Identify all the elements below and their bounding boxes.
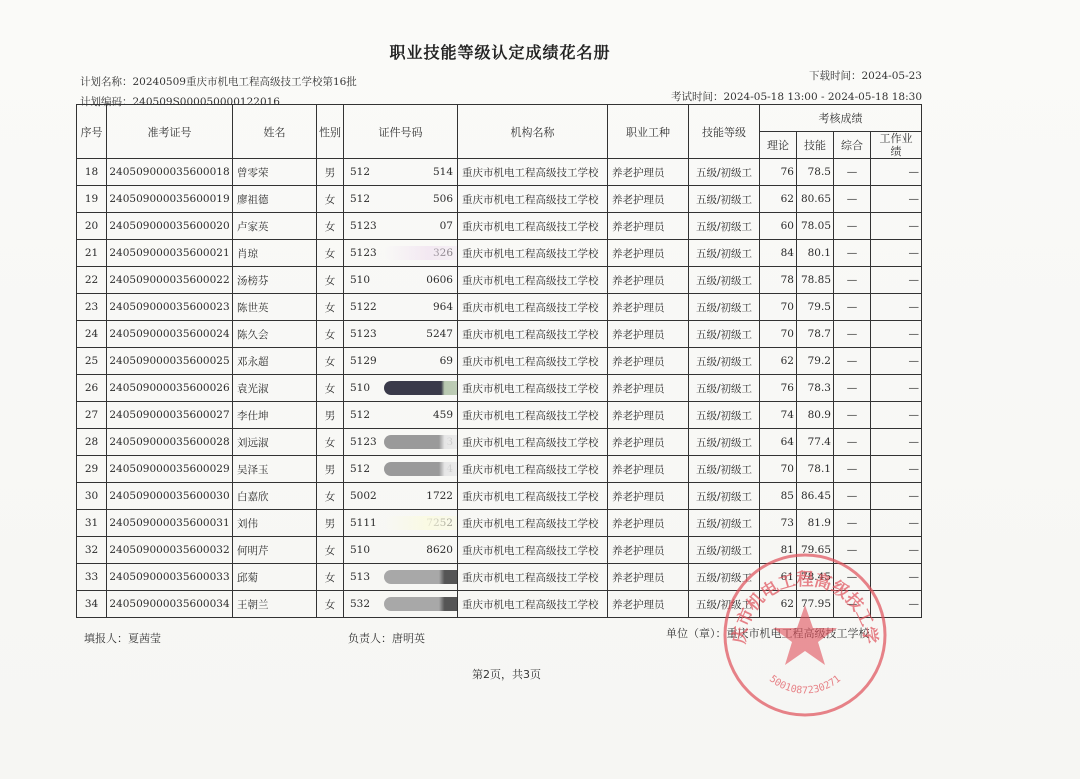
row-gender: 女 xyxy=(317,348,344,375)
row-occupation: 养老护理员 xyxy=(608,348,689,375)
row-skill: 78.3 xyxy=(797,375,834,402)
row-id-number: 5100606 xyxy=(344,267,458,294)
row-gender: 男 xyxy=(317,456,344,483)
row-work: — xyxy=(871,321,922,348)
row-id-number: 5123326 xyxy=(344,240,458,267)
responsible-value: 唐明英 xyxy=(392,632,425,645)
row-id-number: 50021722 xyxy=(344,483,458,510)
row-level: 五级/初级工 xyxy=(689,240,760,267)
table-row: 23240509000035600023陈世英女5122964重庆市机电工程高级… xyxy=(77,294,922,321)
row-name: 李仕坤 xyxy=(233,402,317,429)
unit-seal-line: 单位（章）：重庆市机电工程高级技工学校 xyxy=(666,625,870,641)
id-prefix: 510 xyxy=(350,274,370,286)
row-skill: 80.1 xyxy=(797,240,834,267)
table-row: 27240509000035600027李仕坤男512459重庆市机电工程高级技… xyxy=(77,402,922,429)
row-seq: 33 xyxy=(77,564,107,591)
row-occupation: 养老护理员 xyxy=(608,267,689,294)
row-level: 五级/初级工 xyxy=(689,348,760,375)
row-institution: 重庆市机电工程高级技工学校 xyxy=(458,402,608,429)
col-institution: 机构名称 xyxy=(458,105,608,159)
row-gender: 女 xyxy=(317,483,344,510)
row-occupation: 养老护理员 xyxy=(608,213,689,240)
row-institution: 重庆市机电工程高级技工学校 xyxy=(458,321,608,348)
exam-time-label: 考试时间： xyxy=(671,91,724,103)
row-gender: 男 xyxy=(317,159,344,186)
col-level: 技能等级 xyxy=(689,105,760,159)
row-overall: — xyxy=(834,213,871,240)
table-row: 33240509000035600033邱菊女513724重庆市机电工程高级技工… xyxy=(77,564,922,591)
row-skill: 79.2 xyxy=(797,348,834,375)
row-seq: 27 xyxy=(77,402,107,429)
col-occupation: 职业工种 xyxy=(608,105,689,159)
table-row: 25240509000035600025邓永超女512969重庆市机电工程高级技… xyxy=(77,348,922,375)
row-ticket: 240509000035600030 xyxy=(107,483,233,510)
row-seq: 20 xyxy=(77,213,107,240)
row-overall: — xyxy=(834,240,871,267)
id-suffix: 506 xyxy=(433,193,453,205)
row-level: 五级/初级工 xyxy=(689,186,760,213)
row-work: — xyxy=(871,537,922,564)
row-id-number: 5108620 xyxy=(344,537,458,564)
row-seq: 19 xyxy=(77,186,107,213)
row-seq: 32 xyxy=(77,537,107,564)
row-occupation: 养老护理员 xyxy=(608,591,689,618)
row-skill: 79.5 xyxy=(797,294,834,321)
row-level: 五级/初级工 xyxy=(689,537,760,564)
row-level: 五级/初级工 xyxy=(689,375,760,402)
table-row: 24240509000035600024陈久会女51235247重庆市机电工程高… xyxy=(77,321,922,348)
row-name: 王朝兰 xyxy=(233,591,317,618)
redaction-mask xyxy=(384,570,458,584)
row-overall: — xyxy=(834,564,871,591)
row-institution: 重庆市机电工程高级技工学校 xyxy=(458,591,608,618)
row-seq: 34 xyxy=(77,591,107,618)
row-id-number: 512307 xyxy=(344,213,458,240)
plan-name-label: 计划名称： xyxy=(80,76,133,88)
redaction-mask xyxy=(384,246,458,260)
id-prefix: 5111 xyxy=(350,517,377,529)
row-occupation: 养老护理员 xyxy=(608,321,689,348)
row-name: 刘伟 xyxy=(233,510,317,537)
row-theory: 62 xyxy=(760,348,797,375)
exam-time: 考试时间：2024-05-18 13:00 - 2024-05-18 18:30 xyxy=(671,89,922,104)
row-overall: — xyxy=(834,375,871,402)
row-institution: 重庆市机电工程高级技工学校 xyxy=(458,456,608,483)
row-seq: 29 xyxy=(77,456,107,483)
row-overall: — xyxy=(834,321,871,348)
row-seq: 28 xyxy=(77,429,107,456)
plan-name: 计划名称：20240509重庆市机电工程高级技工学校第16批 xyxy=(80,74,357,89)
row-institution: 重庆市机电工程高级技工学校 xyxy=(458,240,608,267)
row-ticket: 240509000035600033 xyxy=(107,564,233,591)
row-institution: 重庆市机电工程高级技工学校 xyxy=(458,294,608,321)
id-suffix: 8620 xyxy=(426,544,453,556)
row-gender: 男 xyxy=(317,402,344,429)
row-work: — xyxy=(871,591,922,618)
row-level: 五级/初级工 xyxy=(689,321,760,348)
row-occupation: 养老护理员 xyxy=(608,240,689,267)
row-gender: 女 xyxy=(317,429,344,456)
download-time: 下载时间：2024-05-23 xyxy=(809,68,922,83)
table-row: 26240509000035600026袁光淑女51072361重庆市机电工程高… xyxy=(77,375,922,402)
score-roster-table: 序号 准考证号 姓名 性别 证件号码 机构名称 职业工种 技能等级 考核成绩 理… xyxy=(76,104,922,618)
row-name: 邱菊 xyxy=(233,564,317,591)
row-theory: 62 xyxy=(760,186,797,213)
row-level: 五级/初级工 xyxy=(689,402,760,429)
id-prefix: 5122 xyxy=(350,301,377,313)
row-theory: 61 xyxy=(760,564,797,591)
row-gender: 女 xyxy=(317,537,344,564)
row-gender: 女 xyxy=(317,564,344,591)
row-ticket: 240509000035600024 xyxy=(107,321,233,348)
row-institution: 重庆市机电工程高级技工学校 xyxy=(458,564,608,591)
row-institution: 重庆市机电工程高级技工学校 xyxy=(458,267,608,294)
table-row: 22240509000035600022汤榜芬女5100606重庆市机电工程高级… xyxy=(77,267,922,294)
row-level: 五级/初级工 xyxy=(689,564,760,591)
row-level: 五级/初级工 xyxy=(689,213,760,240)
id-prefix: 5129 xyxy=(350,355,377,367)
row-ticket: 240509000035600019 xyxy=(107,186,233,213)
row-theory: 62 xyxy=(760,591,797,618)
filler-value: 夏茜莹 xyxy=(128,632,161,645)
col-theory: 理论 xyxy=(760,132,797,159)
row-skill: 78.05 xyxy=(797,213,834,240)
row-seq: 21 xyxy=(77,240,107,267)
row-theory: 70 xyxy=(760,456,797,483)
row-institution: 重庆市机电工程高级技工学校 xyxy=(458,213,608,240)
row-occupation: 养老护理员 xyxy=(608,429,689,456)
download-time-value: 2024-05-23 xyxy=(861,70,922,82)
col-seq: 序号 xyxy=(77,105,107,159)
redaction-mask xyxy=(384,516,458,530)
row-name: 曾零荣 xyxy=(233,159,317,186)
row-occupation: 养老护理员 xyxy=(608,375,689,402)
id-suffix: 5247 xyxy=(426,328,453,340)
row-seq: 22 xyxy=(77,267,107,294)
id-suffix: 69 xyxy=(440,355,453,367)
row-theory: 74 xyxy=(760,402,797,429)
row-name: 肖琼 xyxy=(233,240,317,267)
row-theory: 73 xyxy=(760,510,797,537)
row-name: 刘远淑 xyxy=(233,429,317,456)
row-work: — xyxy=(871,348,922,375)
row-overall: — xyxy=(834,294,871,321)
row-work: — xyxy=(871,159,922,186)
col-gender: 性别 xyxy=(317,105,344,159)
row-skill: 78.7 xyxy=(797,321,834,348)
row-seq: 18 xyxy=(77,159,107,186)
table-row: 28240509000035600028刘远淑女5123463重庆市机电工程高级… xyxy=(77,429,922,456)
download-time-label: 下载时间： xyxy=(809,70,862,82)
id-prefix: 5123 xyxy=(350,328,377,340)
row-theory: 85 xyxy=(760,483,797,510)
row-overall: — xyxy=(834,348,871,375)
row-theory: 84 xyxy=(760,240,797,267)
row-theory: 76 xyxy=(760,159,797,186)
id-prefix: 532 xyxy=(350,598,370,610)
exam-time-value: 2024-05-18 13:00 - 2024-05-18 18:30 xyxy=(724,91,923,103)
row-institution: 重庆市机电工程高级技工学校 xyxy=(458,510,608,537)
row-seq: 30 xyxy=(77,483,107,510)
table-row: 19240509000035600019廖祖德女512506重庆市机电工程高级技… xyxy=(77,186,922,213)
row-occupation: 养老护理员 xyxy=(608,402,689,429)
row-seq: 26 xyxy=(77,375,107,402)
row-theory: 60 xyxy=(760,213,797,240)
row-occupation: 养老护理员 xyxy=(608,510,689,537)
row-skill: 77.95 xyxy=(797,591,834,618)
row-ticket: 240509000035600018 xyxy=(107,159,233,186)
row-overall: — xyxy=(834,159,871,186)
id-prefix: 510 xyxy=(350,544,370,556)
col-skill: 技能 xyxy=(797,132,834,159)
row-occupation: 养老护理员 xyxy=(608,159,689,186)
row-level: 五级/初级工 xyxy=(689,483,760,510)
id-suffix: 964 xyxy=(433,301,453,313)
row-id-number: 5123634 xyxy=(344,456,458,483)
row-id-number: 5122964 xyxy=(344,294,458,321)
id-prefix: 512 xyxy=(350,166,370,178)
row-overall: — xyxy=(834,537,871,564)
row-work: — xyxy=(871,483,922,510)
row-work: — xyxy=(871,186,922,213)
row-ticket: 240509000035600027 xyxy=(107,402,233,429)
row-ticket: 240509000035600029 xyxy=(107,456,233,483)
row-id-number: 512969 xyxy=(344,348,458,375)
responsible-label: 负责人： xyxy=(348,632,392,645)
responsible-person: 负责人：唐明英 xyxy=(348,630,425,646)
row-skill: 86.45 xyxy=(797,483,834,510)
row-name: 吴泽玉 xyxy=(233,456,317,483)
document-page: 职业技能等级认定成绩花名册 计划名称：20240509重庆市机电工程高级技工学校… xyxy=(0,0,1080,779)
row-gender: 女 xyxy=(317,186,344,213)
row-skill: 79.65 xyxy=(797,537,834,564)
row-occupation: 养老护理员 xyxy=(608,564,689,591)
row-overall: — xyxy=(834,591,871,618)
row-ticket: 240509000035600034 xyxy=(107,591,233,618)
row-name: 陈世英 xyxy=(233,294,317,321)
row-skill: 77.4 xyxy=(797,429,834,456)
table-row: 20240509000035600020卢家英女512307重庆市机电工程高级技… xyxy=(77,213,922,240)
row-occupation: 养老护理员 xyxy=(608,294,689,321)
row-work: — xyxy=(871,429,922,456)
row-id-number: 5123463 xyxy=(344,429,458,456)
row-work: — xyxy=(871,294,922,321)
row-gender: 女 xyxy=(317,321,344,348)
table-row: 21240509000035600021肖琼女5123326重庆市机电工程高级技… xyxy=(77,240,922,267)
row-institution: 重庆市机电工程高级技工学校 xyxy=(458,348,608,375)
row-institution: 重庆市机电工程高级技工学校 xyxy=(458,159,608,186)
row-name: 廖祖德 xyxy=(233,186,317,213)
filler: 填报人：夏茜莹 xyxy=(84,630,161,646)
row-id-number: 51117252 xyxy=(344,510,458,537)
row-id-number: 512506 xyxy=(344,186,458,213)
row-work: — xyxy=(871,375,922,402)
id-suffix: 07 xyxy=(440,220,453,232)
col-work: 工作业绩 xyxy=(871,132,922,159)
row-id-number: 513724 xyxy=(344,564,458,591)
col-overall: 综合 xyxy=(834,132,871,159)
filler-label: 填报人： xyxy=(84,632,128,645)
row-ticket: 240509000035600028 xyxy=(107,429,233,456)
row-occupation: 养老护理员 xyxy=(608,537,689,564)
row-institution: 重庆市机电工程高级技工学校 xyxy=(458,375,608,402)
id-prefix: 513 xyxy=(350,571,370,583)
row-work: — xyxy=(871,240,922,267)
page-info: 第2页，共3页 xyxy=(472,666,541,682)
id-prefix: 5123 xyxy=(350,436,377,448)
id-prefix: 5123 xyxy=(350,247,377,259)
row-work: — xyxy=(871,456,922,483)
row-seq: 23 xyxy=(77,294,107,321)
row-seq: 25 xyxy=(77,348,107,375)
row-level: 五级/初级工 xyxy=(689,591,760,618)
redaction-mask xyxy=(384,435,458,449)
row-name: 邓永超 xyxy=(233,348,317,375)
table-row: 29240509000035600029吴泽玉男5123634重庆市机电工程高级… xyxy=(77,456,922,483)
row-occupation: 养老护理员 xyxy=(608,186,689,213)
row-theory: 70 xyxy=(760,294,797,321)
row-ticket: 240509000035600032 xyxy=(107,537,233,564)
row-name: 白嘉欣 xyxy=(233,483,317,510)
row-overall: — xyxy=(834,402,871,429)
row-work: — xyxy=(871,564,922,591)
row-work: — xyxy=(871,402,922,429)
row-institution: 重庆市机电工程高级技工学校 xyxy=(458,483,608,510)
id-prefix: 512 xyxy=(350,409,370,421)
row-name: 袁光淑 xyxy=(233,375,317,402)
table-row: 31240509000035600031刘伟男51117252重庆市机电工程高级… xyxy=(77,510,922,537)
row-overall: — xyxy=(834,186,871,213)
row-name: 汤榜芬 xyxy=(233,267,317,294)
row-skill: 80.9 xyxy=(797,402,834,429)
row-overall: — xyxy=(834,510,871,537)
row-gender: 女 xyxy=(317,294,344,321)
row-gender: 女 xyxy=(317,591,344,618)
col-id-number: 证件号码 xyxy=(344,105,458,159)
row-skill: 78.1 xyxy=(797,456,834,483)
row-level: 五级/初级工 xyxy=(689,267,760,294)
row-gender: 男 xyxy=(317,510,344,537)
row-skill: 81.9 xyxy=(797,510,834,537)
row-occupation: 养老护理员 xyxy=(608,456,689,483)
row-level: 五级/初级工 xyxy=(689,456,760,483)
col-scores-group: 考核成绩 xyxy=(760,105,922,132)
row-name: 何明芹 xyxy=(233,537,317,564)
id-prefix: 512 xyxy=(350,463,370,475)
id-prefix: 510 xyxy=(350,382,370,394)
row-occupation: 养老护理员 xyxy=(608,483,689,510)
unit-label: 单位（章）： xyxy=(666,627,727,640)
header-row: 序号 准考证号 姓名 性别 证件号码 机构名称 职业工种 技能等级 考核成绩 xyxy=(77,105,922,132)
row-skill: 78.85 xyxy=(797,267,834,294)
redaction-mask xyxy=(384,597,458,611)
document-title: 职业技能等级认定成绩花名册 xyxy=(0,40,1000,63)
row-level: 五级/初级工 xyxy=(689,294,760,321)
row-id-number: 512514 xyxy=(344,159,458,186)
row-id-number: 51072361 xyxy=(344,375,458,402)
row-id-number: 512459 xyxy=(344,402,458,429)
row-name: 卢家英 xyxy=(233,213,317,240)
row-ticket: 240509000035600020 xyxy=(107,213,233,240)
row-gender: 女 xyxy=(317,267,344,294)
row-seq: 24 xyxy=(77,321,107,348)
row-ticket: 240509000035600026 xyxy=(107,375,233,402)
row-id-number: 5320366 xyxy=(344,591,458,618)
col-ticket: 准考证号 xyxy=(107,105,233,159)
plan-name-value: 20240509重庆市机电工程高级技工学校第16批 xyxy=(133,76,357,88)
row-ticket: 240509000035600031 xyxy=(107,510,233,537)
table-row: 18240509000035600018曾零荣男512514重庆市机电工程高级技… xyxy=(77,159,922,186)
id-suffix: 459 xyxy=(433,409,453,421)
row-theory: 70 xyxy=(760,321,797,348)
row-overall: — xyxy=(834,483,871,510)
id-prefix: 512 xyxy=(350,193,370,205)
row-institution: 重庆市机电工程高级技工学校 xyxy=(458,537,608,564)
table-row: 34240509000035600034王朝兰女5320366重庆市机电工程高级… xyxy=(77,591,922,618)
table-body: 18240509000035600018曾零荣男512514重庆市机电工程高级技… xyxy=(77,159,922,618)
row-overall: — xyxy=(834,267,871,294)
id-prefix: 5002 xyxy=(350,490,377,502)
row-work: — xyxy=(871,510,922,537)
id-prefix: 5123 xyxy=(350,220,377,232)
row-theory: 64 xyxy=(760,429,797,456)
row-skill: 80.65 xyxy=(797,186,834,213)
row-ticket: 240509000035600023 xyxy=(107,294,233,321)
row-gender: 女 xyxy=(317,375,344,402)
col-name: 姓名 xyxy=(233,105,317,159)
id-suffix: 514 xyxy=(433,166,453,178)
table-row: 30240509000035600030白嘉欣女50021722重庆市机电工程高… xyxy=(77,483,922,510)
row-ticket: 240509000035600021 xyxy=(107,240,233,267)
row-seq: 31 xyxy=(77,510,107,537)
row-institution: 重庆市机电工程高级技工学校 xyxy=(458,186,608,213)
row-overall: — xyxy=(834,456,871,483)
svg-text:5001087230271: 5001087230271 xyxy=(767,674,843,697)
row-name: 陈久会 xyxy=(233,321,317,348)
row-gender: 女 xyxy=(317,213,344,240)
row-skill: 78.45 xyxy=(797,564,834,591)
row-ticket: 240509000035600022 xyxy=(107,267,233,294)
row-gender: 女 xyxy=(317,240,344,267)
row-work: — xyxy=(871,213,922,240)
id-suffix: 1722 xyxy=(426,490,453,502)
row-institution: 重庆市机电工程高级技工学校 xyxy=(458,429,608,456)
row-ticket: 240509000035600025 xyxy=(107,348,233,375)
row-theory: 78 xyxy=(760,267,797,294)
redaction-mask xyxy=(384,462,458,476)
id-suffix: 0606 xyxy=(426,274,453,286)
unit-value: 重庆市机电工程高级技工学校 xyxy=(727,627,870,640)
row-theory: 76 xyxy=(760,375,797,402)
redaction-mask xyxy=(384,381,458,395)
row-level: 五级/初级工 xyxy=(689,159,760,186)
row-level: 五级/初级工 xyxy=(689,510,760,537)
row-overall: — xyxy=(834,429,871,456)
table-row: 32240509000035600032何明芹女5108620重庆市机电工程高级… xyxy=(77,537,922,564)
row-level: 五级/初级工 xyxy=(689,429,760,456)
row-id-number: 51235247 xyxy=(344,321,458,348)
row-work: — xyxy=(871,267,922,294)
row-skill: 78.5 xyxy=(797,159,834,186)
row-theory: 81 xyxy=(760,537,797,564)
